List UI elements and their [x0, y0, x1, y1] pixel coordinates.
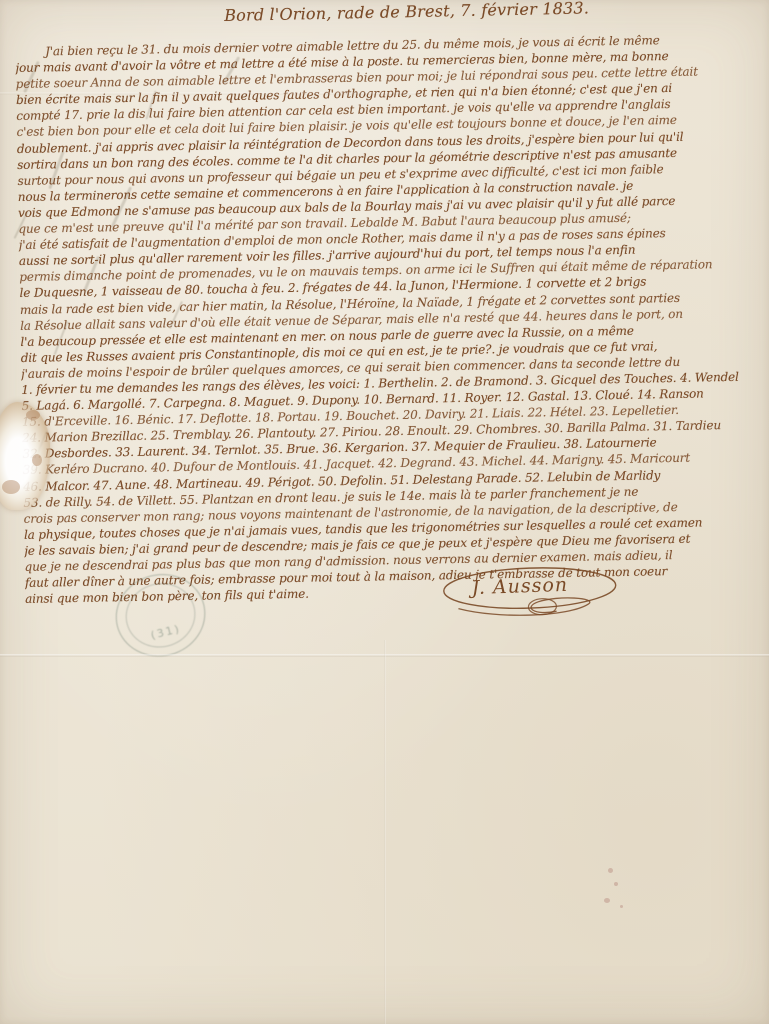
letter-dateline: Bord l'Orion, rade de Brest, 7. février … — [224, 0, 764, 25]
signature-block: J. Ausson — [437, 563, 629, 628]
foxing-speckle — [614, 882, 618, 886]
foxing-speckle — [620, 905, 623, 908]
upper-fold-crease — [0, 92, 420, 95]
letter-page: Bord l'Orion, rade de Brest, 7. février … — [0, 0, 769, 1024]
letter-body: J'ai bien reçu le 31. du mois dernier vo… — [15, 30, 769, 607]
foxing-speckle — [608, 868, 613, 873]
signature-name: J. Ausson — [471, 574, 568, 599]
vertical-fold-crease — [384, 640, 386, 1024]
foxing-speckle — [604, 898, 610, 903]
